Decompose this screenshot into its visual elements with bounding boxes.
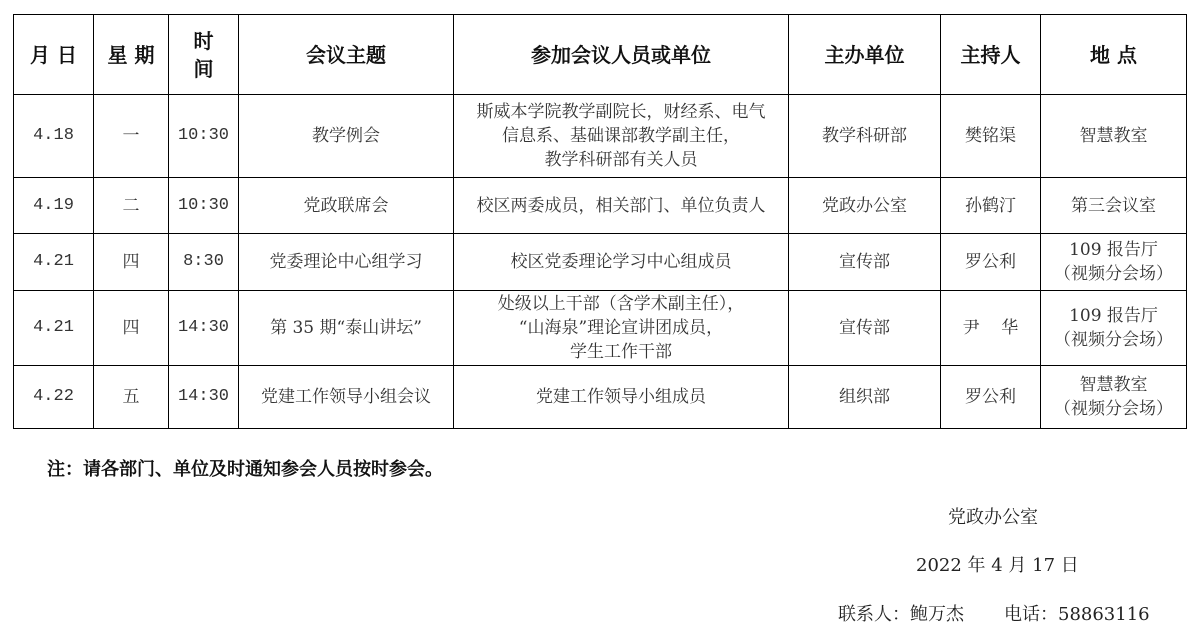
- cell-location: 109 报告厅（视频分会场）: [1041, 291, 1187, 366]
- cell-date: 4.19: [14, 178, 94, 234]
- cell-date: 4.22: [14, 366, 94, 429]
- cell-location: 智慧教室（视频分会场）: [1041, 366, 1187, 429]
- cell-location: 第三会议室: [1041, 178, 1187, 234]
- cell-time: 14:30: [169, 366, 239, 429]
- issuing-office: 党政办公室: [948, 503, 1038, 529]
- contact-line: 联系人：鲍万杰电话：58863116: [838, 600, 1150, 626]
- header-host: 主持人: [941, 15, 1041, 95]
- header-date: 月 日: [14, 15, 94, 95]
- cell-time: 10:30: [169, 95, 239, 178]
- cell-topic: 教学例会: [239, 95, 454, 178]
- issue-date: 2022 年 4 月 17 日: [916, 551, 1079, 577]
- cell-weekday: 四: [94, 234, 169, 291]
- cell-organizer: 宣传部: [789, 291, 941, 366]
- cell-location: 智慧教室: [1041, 95, 1187, 178]
- table-row: 4.22 五 14:30 党建工作领导小组会议 党建工作领导小组成员 组织部 罗…: [14, 366, 1187, 429]
- contact-person: 联系人：鲍万杰: [838, 604, 964, 625]
- cell-host: 尹 华: [941, 291, 1041, 366]
- header-topic: 会议主题: [239, 15, 454, 95]
- cell-host: 罗公利: [941, 366, 1041, 429]
- cell-organizer: 宣传部: [789, 234, 941, 291]
- cell-attendees: 校区两委成员，相关部门、单位负责人: [454, 178, 789, 234]
- meeting-schedule-table: 月 日 星 期 时间 会议主题 参加会议人员或单位 主办单位 主持人 地 点 4…: [13, 14, 1187, 429]
- table-row: 4.21 四 14:30 第 35 期“泰山讲坛” 处级以上干部（含学术副主任）…: [14, 291, 1187, 366]
- attendance-note: 注：请各部门、单位及时通知参会人员按时参会。: [47, 455, 443, 481]
- cell-date: 4.21: [14, 291, 94, 366]
- cell-weekday: 二: [94, 178, 169, 234]
- cell-attendees: 校区党委理论学习中心组成员: [454, 234, 789, 291]
- contact-phone: 电话：58863116: [1004, 604, 1150, 625]
- cell-host: 樊铭渠: [941, 95, 1041, 178]
- cell-organizer: 党政办公室: [789, 178, 941, 234]
- cell-date: 4.21: [14, 234, 94, 291]
- cell-attendees: 处级以上干部（含学术副主任），“山海泉”理论宣讲团成员，学生工作干部: [454, 291, 789, 366]
- cell-topic: 党委理论中心组学习: [239, 234, 454, 291]
- header-weekday: 星 期: [94, 15, 169, 95]
- cell-location: 109 报告厅（视频分会场）: [1041, 234, 1187, 291]
- cell-host: 孙鹤汀: [941, 178, 1041, 234]
- cell-attendees: 党建工作领导小组成员: [454, 366, 789, 429]
- header-location: 地 点: [1041, 15, 1187, 95]
- header-time: 时间: [169, 15, 239, 95]
- cell-date: 4.18: [14, 95, 94, 178]
- cell-host: 罗公利: [941, 234, 1041, 291]
- cell-weekday: 一: [94, 95, 169, 178]
- cell-time: 8:30: [169, 234, 239, 291]
- cell-time: 14:30: [169, 291, 239, 366]
- table-row: 4.21 四 8:30 党委理论中心组学习 校区党委理论学习中心组成员 宣传部 …: [14, 234, 1187, 291]
- header-attendees: 参加会议人员或单位: [454, 15, 789, 95]
- cell-organizer: 组织部: [789, 366, 941, 429]
- table-row: 4.18 一 10:30 教学例会 斯威本学院教学副院长，财经系、电气信息系、基…: [14, 95, 1187, 178]
- cell-topic: 第 35 期“泰山讲坛”: [239, 291, 454, 366]
- cell-organizer: 教学科研部: [789, 95, 941, 178]
- header-row: 月 日 星 期 时间 会议主题 参加会议人员或单位 主办单位 主持人 地 点: [14, 15, 1187, 95]
- header-organizer: 主办单位: [789, 15, 941, 95]
- cell-weekday: 五: [94, 366, 169, 429]
- cell-attendees: 斯威本学院教学副院长，财经系、电气信息系、基础课部教学副主任，教学科研部有关人员: [454, 95, 789, 178]
- cell-topic: 党政联席会: [239, 178, 454, 234]
- cell-time: 10:30: [169, 178, 239, 234]
- table-row: 4.19 二 10:30 党政联席会 校区两委成员，相关部门、单位负责人 党政办…: [14, 178, 1187, 234]
- cell-weekday: 四: [94, 291, 169, 366]
- cell-topic: 党建工作领导小组会议: [239, 366, 454, 429]
